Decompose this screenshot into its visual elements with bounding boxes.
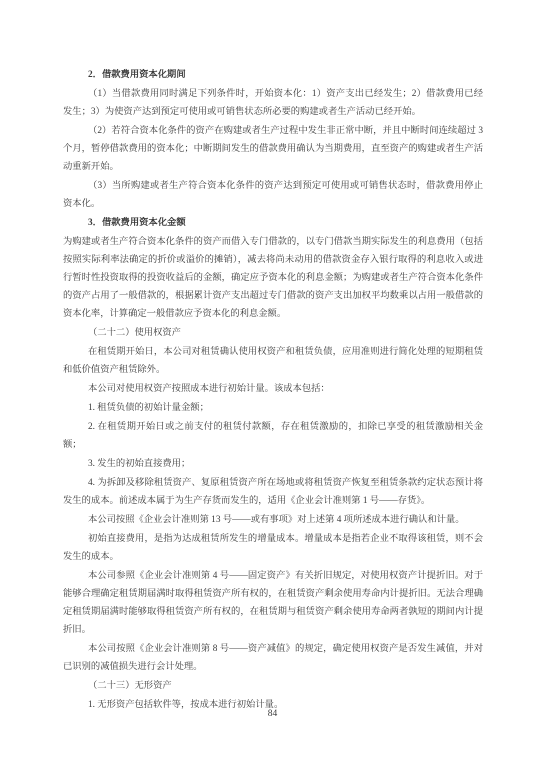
section-heading: 2．借款费用资本化期间 <box>63 66 483 84</box>
paragraph: 4. 为拆卸及移除租赁资产、复原租赁资产所在场地或将租赁资产恢复至租赁条款约定状… <box>63 474 483 510</box>
page-number: 84 <box>0 709 545 719</box>
paragraph: （3）当所购建或者生产符合资本化条件的资产达到预定可使用或可销售状态时，借款费用… <box>63 177 483 213</box>
paragraph: （2）若符合资本化条件的资产在购建或者生产过程中发生非正常中断，并且中断时间连续… <box>63 122 483 176</box>
paragraph: 初始直接费用，是指为达成租赁所发生的增量成本。增量成本是指若企业不取得该租赁，则… <box>63 530 483 566</box>
paragraph: 本公司按照《企业会计准则第 13 号——或有事项》对上述第 4 项所述成本进行确… <box>63 511 483 529</box>
paragraph: 1. 租赁负债的初始计量金额； <box>63 399 483 417</box>
document-page: 2．借款费用资本化期间（1）当借款费用同时满足下列条件时，开始资本化：1）资产支… <box>0 0 545 771</box>
section-heading: （二十三）无形资产 <box>63 677 483 695</box>
document-body: 2．借款费用资本化期间（1）当借款费用同时满足下列条件时，开始资本化：1）资产支… <box>63 65 483 715</box>
paragraph: 2. 在租赁期开始日或之前支付的租赁付款额，存在租赁激励的，扣除已享受的租赁激励… <box>63 418 483 454</box>
paragraph: 本公司对使用权资产按照成本进行初始计量。该成本包括： <box>63 380 483 398</box>
paragraph: 本公司参照《企业会计准则第 4 号——固定资产》有关折旧规定，对使用权资产计提折… <box>63 567 483 639</box>
paragraph: 在租赁期开始日，本公司对租赁确认使用权资产和租赁负债，应用准则进行简化处理的短期… <box>63 343 483 379</box>
paragraph: 本公司按照《企业会计准则第 8 号——资产减值》的规定，确定使用权资产是否发生减… <box>63 640 483 676</box>
section-heading: （二十二）使用权资产 <box>63 324 483 342</box>
section-heading: 3．借款费用资本化金额 <box>63 214 483 232</box>
paragraph: （1）当借款费用同时满足下列条件时，开始资本化：1）资产支出已经发生；2）借款费… <box>63 85 483 121</box>
paragraph: 3. 发生的初始直接费用； <box>63 455 483 473</box>
paragraph: 为购建或者生产符合资本化条件的资产而借入专门借款的，以专门借款当期实际发生的利息… <box>63 233 483 323</box>
